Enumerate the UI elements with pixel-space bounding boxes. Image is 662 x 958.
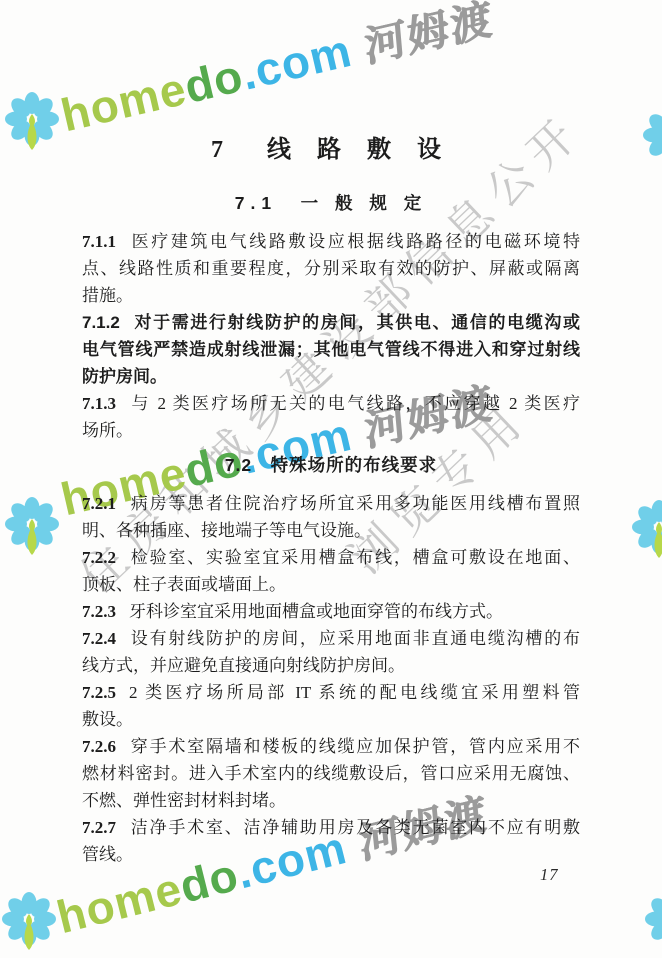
page-number: 17 (540, 865, 559, 885)
clause-number: 7.2.7 (82, 818, 129, 837)
clause-line: 敷设。 (82, 706, 580, 733)
clause-number: 7.1.3 (82, 394, 129, 413)
clause-line: 管线。 (82, 841, 580, 868)
clause-7-2-7: 7.2.7洁净手术室、洁净辅助用房及各类无菌室内不应有明敷管线。 (82, 814, 580, 868)
clause-number: 7.2.4 (82, 629, 129, 648)
clause-line: 电气管线严禁造成射线泄漏；其他电气管线不得进入和穿过射线 (82, 336, 580, 363)
clause-line: 明、各种插座、接地端子等电气设施。 (82, 517, 580, 544)
document-page: homedo.com河姆渡 homedo.com河姆渡 (0, 0, 662, 958)
clause-line: 7.2.2检验室、实验室宜采用槽盒布线，槽盒可敷设在地面、 (82, 544, 580, 571)
clause-7-2-4: 7.2.4设有射线防护的房间，应采用地面非直通电缆沟槽的布线方式，并应避免直接通… (82, 625, 580, 679)
clause-number: 7.1.1 (82, 232, 129, 251)
clause-line: 7.1.1医疗建筑电气线路敷设应根据线路路径的电磁环境特 (82, 228, 580, 255)
clause-line: 7.2.7洁净手术室、洁净辅助用房及各类无菌室内不应有明敷 (82, 814, 580, 841)
clause-7-2-1: 7.2.1病房等患者住院治疗场所宜采用多功能医用线槽布置照明、各种插座、接地端子… (82, 490, 580, 544)
clause-line: 防护房间。 (82, 363, 580, 390)
clause-line: 7.2.6穿手术室隔墙和楼板的线缆应加保护管，管内应采用不 (82, 733, 580, 760)
clause-line: 不燃、弹性密封材料封堵。 (82, 787, 580, 814)
clause-line: 7.2.52 类医疗场所局部 IT 系统的配电线缆宜采用塑料管 (82, 679, 580, 706)
clause-7-1-3: 7.1.3与 2 类医疗场所无关的电气线路，不应穿越 2 类医疗场所。 (82, 390, 580, 444)
clause-number: 7.2.2 (82, 548, 129, 567)
clause-line: 场所。 (82, 417, 580, 444)
clause-line: 7.1.3与 2 类医疗场所无关的电气线路，不应穿越 2 类医疗 (82, 390, 580, 417)
clause-line: 燃材料密封。进入手术室内的线缆敷设后，管口应采用无腐蚀、 (82, 760, 580, 787)
clause-line: 顶板、柱子表面或墙面上。 (82, 571, 580, 598)
clause-number: 7.1.2 (82, 313, 133, 332)
clause-line: 7.2.4设有射线防护的房间，应采用地面非直通电缆沟槽的布 (82, 625, 580, 652)
clause-line: 点、线路性质和重要程度，分别采取有效的防护、屏蔽或隔离 (82, 255, 580, 282)
section-7-2-heading: 7.2 特殊场所的布线要求 (82, 452, 580, 479)
body-paragraphs: 7.1.1医疗建筑电气线路敷设应根据线路路径的电磁环境特点、线路性质和重要程度，… (82, 228, 580, 868)
clause-7-2-6: 7.2.6穿手术室隔墙和楼板的线缆应加保护管，管内应采用不燃材料密封。进入手术室… (82, 733, 580, 814)
section-7-1-heading: 7.1 一 般 规 定 (0, 190, 662, 215)
clause-line: 7.2.1病房等患者住院治疗场所宜采用多功能医用线槽布置照 (82, 490, 580, 517)
clause-7-2-5: 7.2.52 类医疗场所局部 IT 系统的配电线缆宜采用塑料管敷设。 (82, 679, 580, 733)
clause-line: 7.2.3牙科诊室宜采用地面槽盒或地面穿管的布线方式。 (82, 598, 580, 625)
page-content: 7 线 路 敷 设 7.1 一 般 规 定 7.1.1医疗建筑电气线路敷设应根据… (0, 0, 662, 958)
clause-number: 7.2.5 (82, 683, 129, 702)
clause-7-2-3: 7.2.3牙科诊室宜采用地面槽盒或地面穿管的布线方式。 (82, 598, 580, 625)
clause-line: 7.1.2对于需进行射线防护的房间，其供电、通信的电缆沟或 (82, 309, 580, 336)
chapter-title: 7 线 路 敷 设 (0, 129, 662, 164)
clause-number: 7.2.1 (82, 494, 129, 513)
clause-number: 7.2.6 (82, 737, 129, 756)
clause-line: 措施。 (82, 282, 580, 309)
clause-7-1-1: 7.1.1医疗建筑电气线路敷设应根据线路路径的电磁环境特点、线路性质和重要程度，… (82, 228, 580, 309)
clause-7-2-2: 7.2.2检验室、实验室宜采用槽盒布线，槽盒可敷设在地面、顶板、柱子表面或墙面上… (82, 544, 580, 598)
clause-number: 7.2.3 (82, 602, 129, 621)
clause-line: 线方式，并应避免直接通向射线防护房间。 (82, 652, 580, 679)
clause-7-1-2: 7.1.2对于需进行射线防护的房间，其供电、通信的电缆沟或电气管线严禁造成射线泄… (82, 309, 580, 390)
